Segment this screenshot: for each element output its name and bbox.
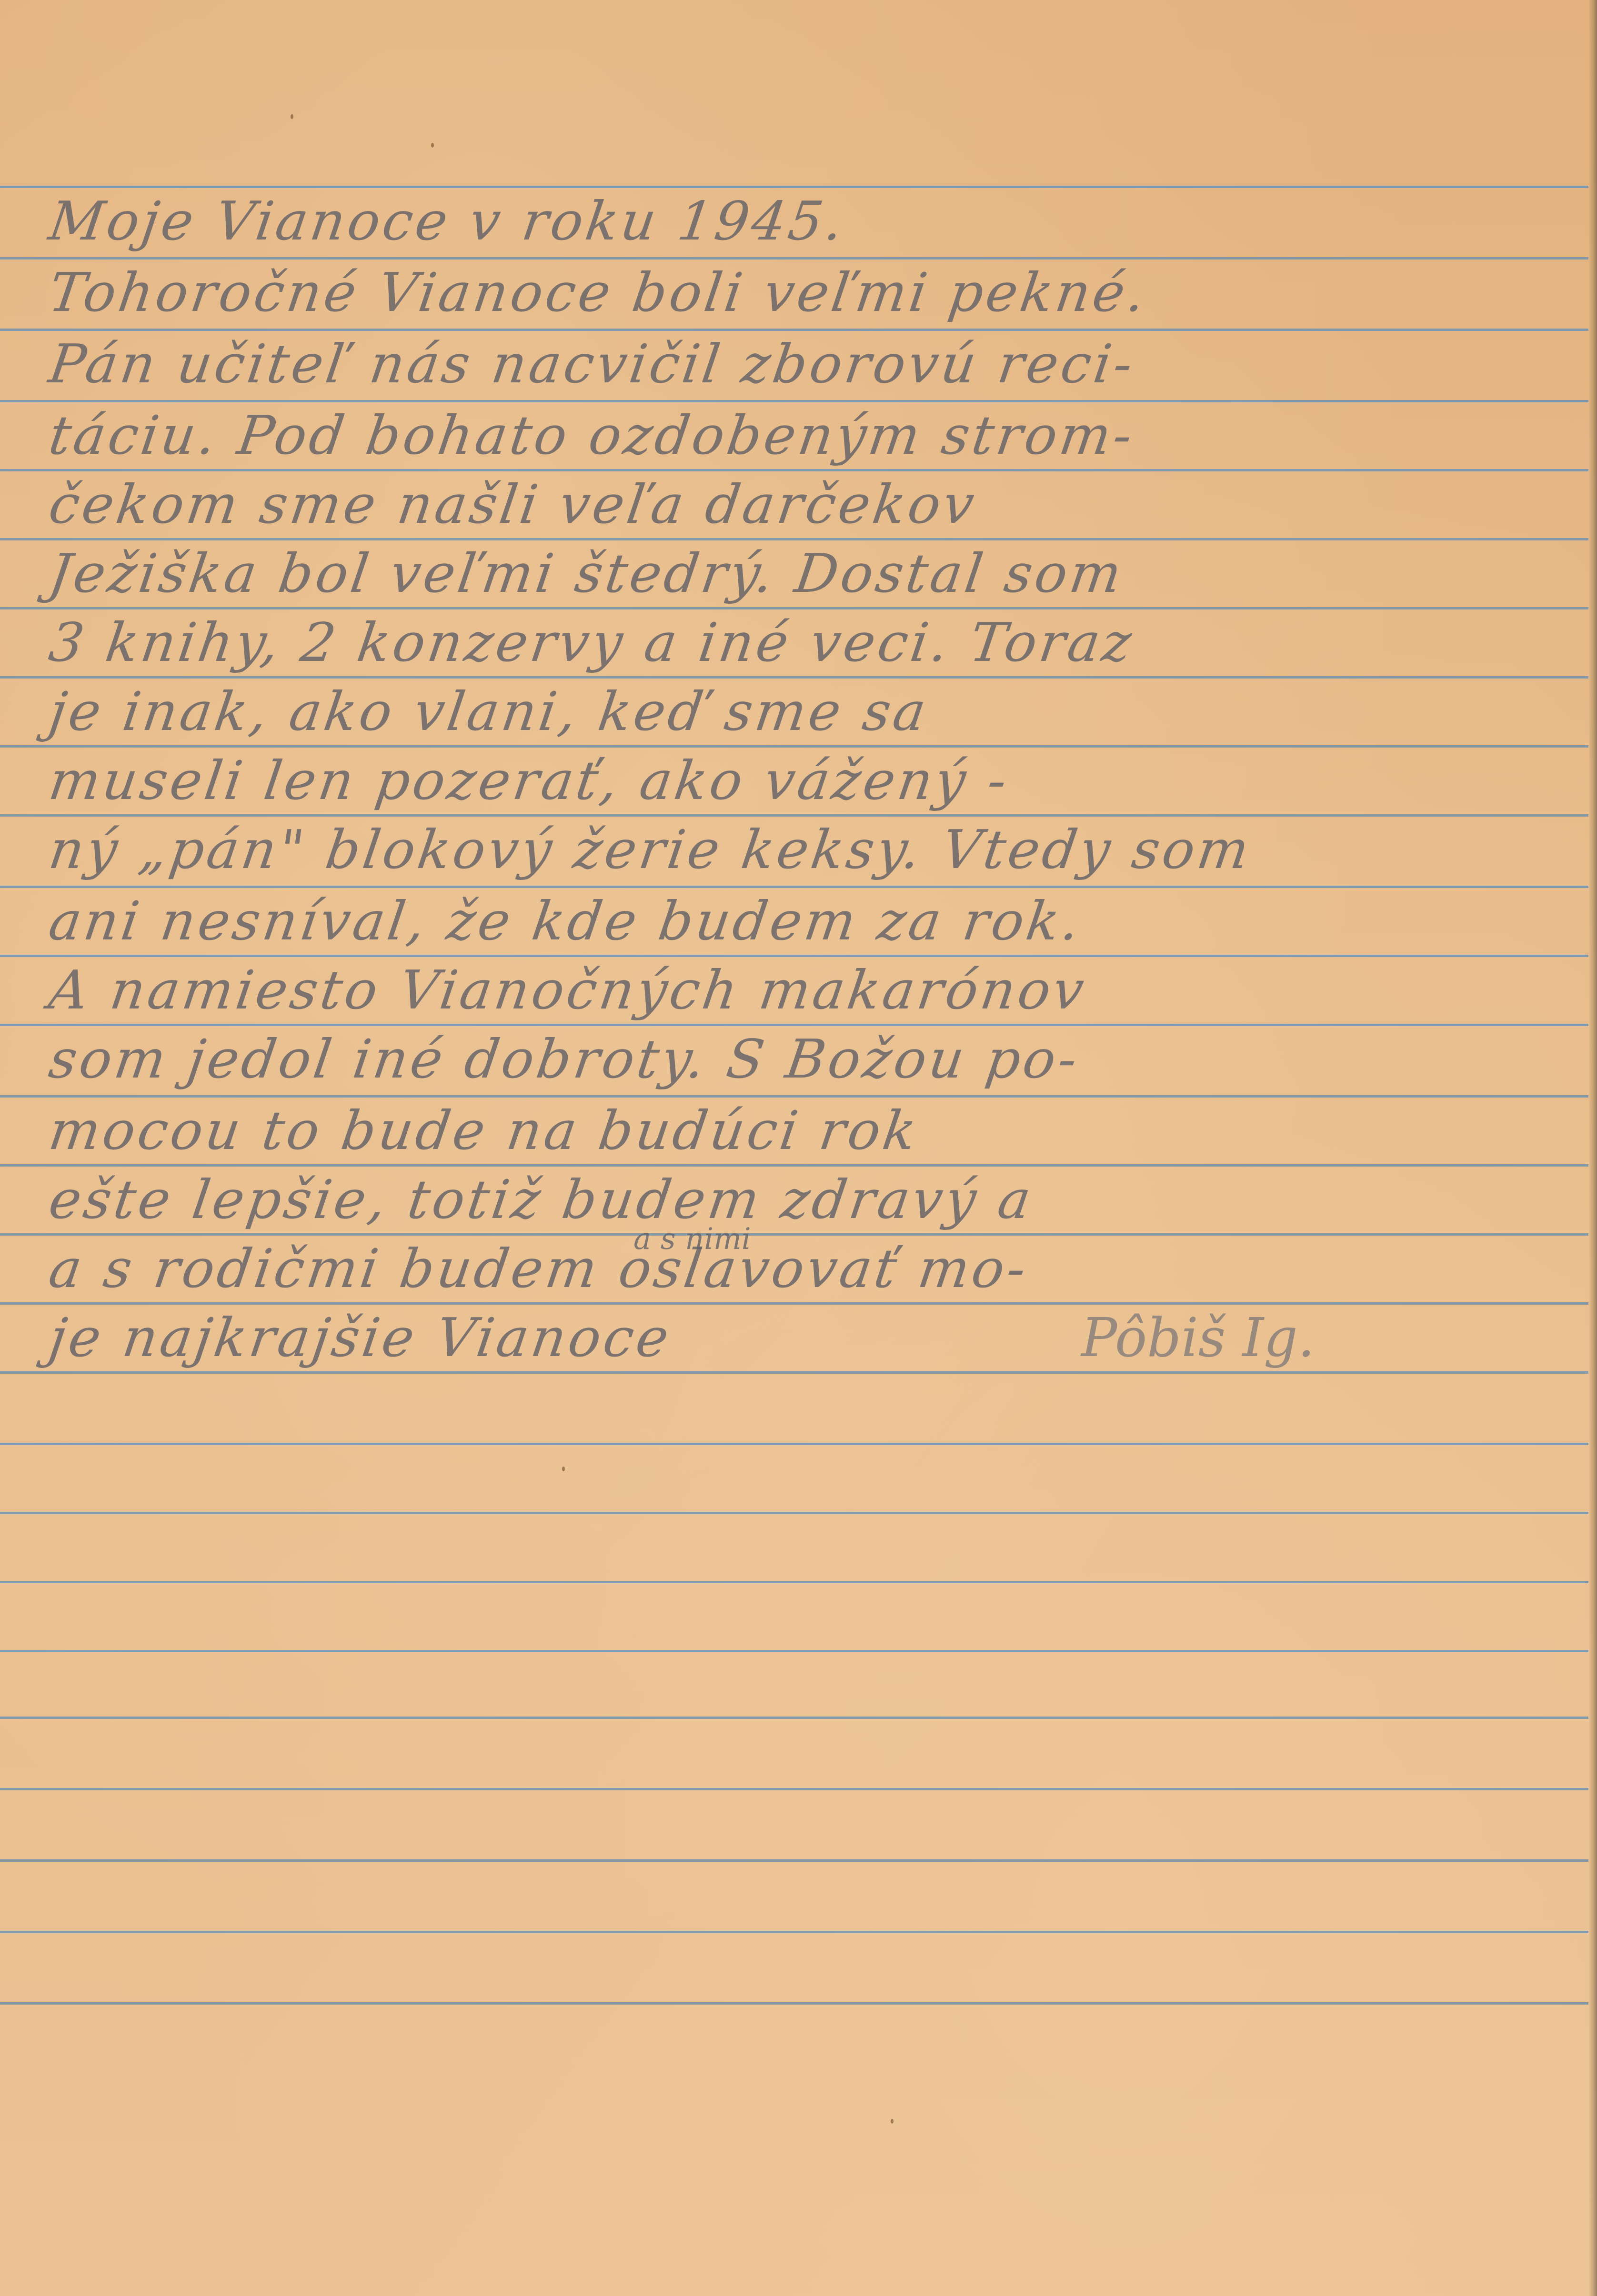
handwritten-line: ešte lepšie, totiž budem zdravý a — [45, 1169, 1037, 1231]
ruled-line — [0, 1164, 1588, 1167]
handwritten-line: a s rodičmi budem oslavovať mo- — [45, 1238, 1033, 1300]
ruled-line — [0, 886, 1588, 888]
ruled-line — [0, 1512, 1588, 1514]
page-title: Moje Vianoce v roku 1945. — [45, 190, 850, 252]
ruled-line — [0, 1859, 1588, 1862]
handwritten-line: Pán učiteľ nás nacvičil zborovú reci- — [45, 333, 1139, 395]
paper-speck — [891, 2119, 894, 2124]
handwritten-line: ani nesníval, že kde budem za rok. — [45, 890, 1086, 952]
notebook-page: Moje Vianoce v roku 1945. Tohoročné Vian… — [0, 0, 1597, 2296]
ruled-line — [0, 814, 1588, 817]
ruled-line — [0, 1095, 1588, 1098]
ruled-line — [0, 469, 1588, 471]
paper-speck — [431, 143, 434, 148]
ruled-line — [0, 607, 1588, 609]
handwritten-line: mocou to bude na budúci rok — [45, 1100, 923, 1162]
page-edge-shadow — [1588, 0, 1597, 2296]
signature: Pôbiš Ig. — [1081, 1307, 1315, 1369]
handwritten-line: Ježiška bol veľmi štedrý. Dostal som — [45, 543, 1128, 605]
ruled-line — [0, 745, 1588, 748]
ruled-line — [0, 329, 1588, 331]
ruled-line — [0, 538, 1588, 540]
handwritten-line: je najkrajšie Vianoce — [45, 1307, 675, 1369]
paper-speck — [291, 114, 293, 119]
ruled-line — [0, 186, 1588, 188]
ruled-line — [0, 1581, 1588, 1583]
ruled-line — [0, 400, 1588, 402]
handwritten-line: Tohoročné Vianoce boli veľmi pekné. — [45, 262, 1152, 324]
handwritten-line: je inak, ako vlani, keď sme sa — [45, 681, 933, 743]
paper-speck — [562, 1467, 565, 1471]
ruled-line — [0, 1650, 1588, 1652]
ruled-line — [0, 1233, 1588, 1236]
handwritten-line: ný „pán" blokový žerie keksy. Vtedy som — [45, 819, 1256, 881]
ruled-line — [0, 1443, 1588, 1445]
ruled-line — [0, 955, 1588, 957]
handwritten-insertion: a s nimi — [633, 1221, 751, 1256]
ruled-line — [0, 676, 1588, 679]
ruled-line — [0, 1717, 1588, 1719]
ruled-line — [0, 1371, 1588, 1374]
handwritten-line: 3 knihy, 2 konzervy a iné veci. Toraz — [45, 612, 1138, 674]
ruled-line — [0, 1024, 1588, 1026]
handwritten-line: čekom sme našli veľa darčekov — [45, 474, 981, 536]
ruled-line — [0, 257, 1588, 260]
ruled-line — [0, 1302, 1588, 1305]
handwritten-line: táciu. Pod bohato ozdobeným strom- — [45, 405, 1139, 467]
handwritten-line: som jedol iné dobroty. S Božou po- — [45, 1028, 1084, 1090]
ruled-line — [0, 1931, 1588, 1933]
handwritten-line: A namiesto Vianočných makarónov — [45, 959, 1091, 1021]
ruled-line — [0, 1788, 1588, 1790]
handwritten-line: museli len pozerať, ako vážený - — [45, 750, 1013, 812]
ruled-line — [0, 2002, 1588, 2005]
